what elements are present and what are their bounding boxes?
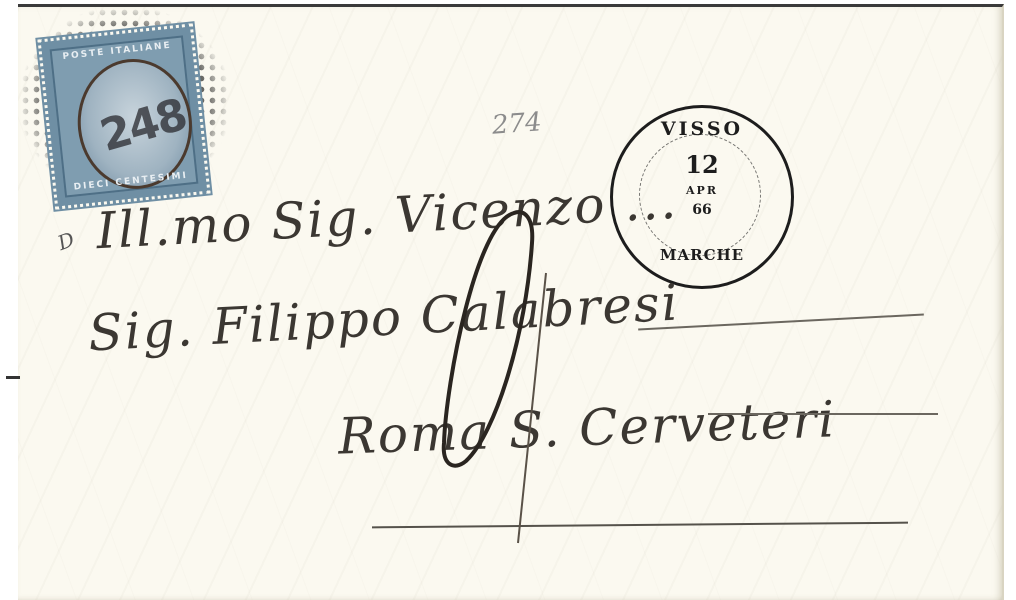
datestamp-region: MARCHE xyxy=(613,246,791,264)
fold-mark xyxy=(6,376,20,379)
tax-mark xyxy=(436,203,576,563)
flourish-line xyxy=(708,413,938,415)
postal-cover: POSTE ITALIANE DIECI CENTESIMI 248 274 V… xyxy=(18,4,1004,600)
stamp-top-text: POSTE ITALIANE xyxy=(52,40,182,64)
datestamp-town: VISSO xyxy=(613,118,791,140)
pencil-note: 274 xyxy=(491,107,543,140)
postage-stamp: POSTE ITALIANE DIECI CENTESIMI 248 xyxy=(37,23,210,209)
